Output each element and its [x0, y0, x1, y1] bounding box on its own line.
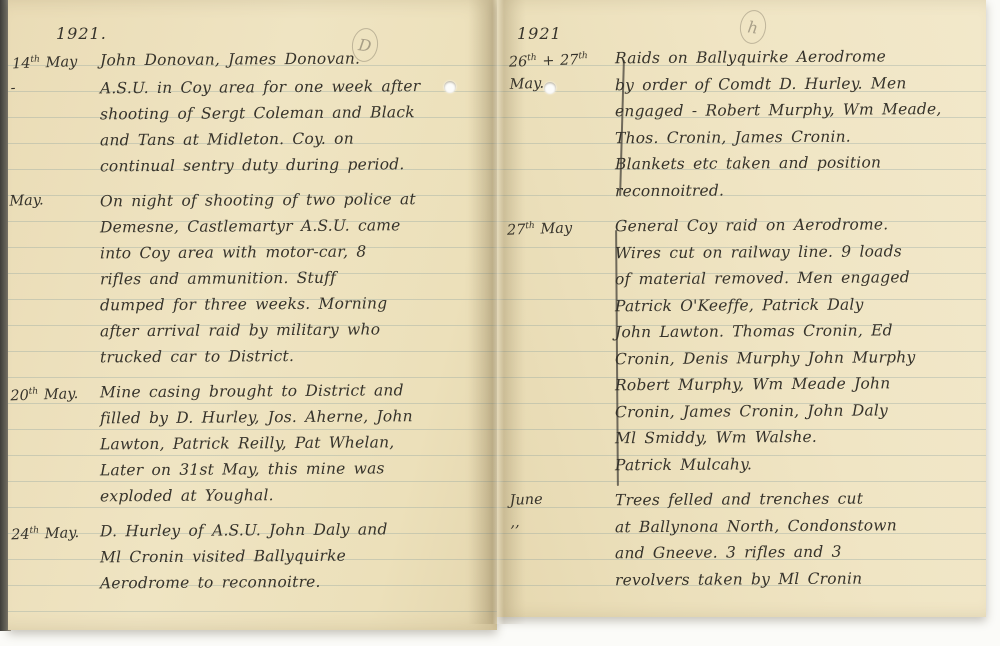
manuscript-line: Ml Smiddy, Wm Walshe. — [615, 423, 982, 452]
diary-entry: 20th May.Mine casing brought to District… — [12, 378, 491, 508]
manuscript-line: Mine casing brought to District and — [100, 376, 491, 405]
manuscript-line: and Gneeve. 3 rifles and 3 — [615, 538, 982, 567]
entry-date: June,, — [509, 484, 617, 594]
entry-lines: Raids on Ballyquirke Aerodromeby order o… — [615, 44, 982, 203]
entry-lines: On night of shooting of two police atDem… — [100, 187, 491, 369]
entry-lines: D. Hurley of A.S.U. John Daly andMl Cron… — [100, 517, 491, 595]
diary-entry: May.On night of shooting of two police a… — [12, 187, 491, 369]
manuscript-line: Demesne, Castlemartyr A.S.U. came — [100, 211, 491, 240]
manuscript-line: Cronin, Denis Murphy John Murphy — [615, 343, 982, 372]
punch-hole — [444, 81, 456, 93]
entry-date: - — [10, 72, 102, 179]
diary-entry: 27th MayGeneral Coy raid on Aerodrome.Wi… — [511, 212, 982, 477]
page-left: 1921. D 14th MayJohn Donovan, James Dono… — [8, 0, 497, 630]
entry-lines: John Donovan, James Donovan. — [100, 46, 491, 74]
diary-entry: 26th + 27thMay.Raids on Ballyquirke Aero… — [511, 44, 982, 203]
manuscript-line: by order of Comdt D. Hurley. Men — [615, 69, 982, 98]
left-page-entries: 14th MayJohn Donovan, James Donovan.-A.S… — [12, 46, 491, 595]
diary-entry: -A.S.U. in Coy area for one week aftersh… — [12, 74, 491, 178]
entry-date: 14th May — [12, 44, 101, 75]
manuscript-line: A.S.U. in Coy area for one week after — [100, 72, 491, 101]
entry-date: 26th + 27thMay. — [508, 42, 617, 205]
pencil-mark-right-glyph: h — [747, 17, 760, 37]
manuscript-line: into Coy area with motor-car, 8 — [100, 237, 491, 266]
manuscript-line: rifles and ammunition. Stuff — [100, 263, 491, 292]
entry-lines: Mine casing brought to District andfille… — [100, 378, 491, 508]
entry-date: 20th May. — [10, 376, 102, 509]
diary-entry: 14th MayJohn Donovan, James Donovan. — [12, 46, 491, 74]
entry-lines: A.S.U. in Coy area for one week aftersho… — [100, 74, 491, 178]
manuscript-line: Cronin, James Cronin, John Daly — [615, 396, 982, 425]
manuscript-line: On night of shooting of two police at — [100, 185, 491, 214]
manuscript-line: dumped for three weeks. Morning — [100, 289, 491, 318]
manuscript-line: engaged - Robert Murphy, Wm Meade, — [615, 96, 982, 125]
manuscript-line: Patrick Mulcahy. — [615, 449, 982, 478]
manuscript-line: Raids on Ballyquirke Aerodrome — [615, 43, 982, 72]
manuscript-line: Robert Murphy, Wm Meade John — [615, 370, 982, 399]
manuscript-line: Aerodrome to reconnoitre. — [100, 567, 491, 596]
manuscript-line: filled by D. Hurley, Jos. Aherne, John — [100, 402, 491, 431]
manuscript-line: revolvers taken by Ml Cronin — [615, 564, 982, 593]
page-right: 1921 h 26th + 27thMay.Raids on Ballyquir… — [497, 0, 986, 617]
right-page-entries: 26th + 27thMay.Raids on Ballyquirke Aero… — [511, 44, 982, 592]
manuscript-line: reconnoitred. — [615, 175, 982, 204]
entry-lines: Trees felled and trenches cutat Ballynon… — [615, 486, 982, 592]
punch-hole — [544, 82, 556, 94]
entry-date: 24th May. — [11, 515, 102, 596]
manuscript-line: General Coy raid on Aerodrome. — [615, 211, 982, 240]
manuscript-line: exploded at Youghal. — [100, 480, 491, 509]
manuscript-line: after arrival raid by military who — [100, 315, 491, 344]
manuscript-line: at Ballynona North, Condonstown — [615, 511, 982, 540]
manuscript-line: Thos. Cronin, James Cronin. — [615, 122, 982, 151]
manuscript-line: continual sentry duty during period. — [100, 150, 491, 179]
manuscript-line: Patrick O'Keeffe, Patrick Daly — [615, 290, 982, 319]
manuscript-line: Ml Cronin visited Ballyquirke — [100, 541, 491, 570]
manuscript-line: John Donovan, James Donovan. — [100, 45, 491, 74]
diary-entry: 24th May.D. Hurley of A.S.U. John Daly a… — [12, 517, 491, 595]
year-heading-left: 1921. — [56, 24, 107, 43]
manuscript-line: and Tans at Midleton. Coy. on — [100, 124, 491, 153]
manuscript-line: Wires cut on railway line. 9 loads — [615, 237, 982, 266]
entry-date: 27th May — [506, 210, 619, 478]
entry-date: May. — [9, 185, 103, 370]
entry-lines: General Coy raid on Aerodrome.Wires cut … — [615, 212, 982, 477]
manuscript-line: trucked car to District. — [100, 341, 491, 370]
manuscript-line: Lawton, Patrick Reilly, Pat Whelan, — [100, 428, 491, 457]
manuscript-line: John Lawton. Thomas Cronin, Ed — [615, 317, 982, 346]
manuscript-line: Later on 31st May, this mine was — [100, 454, 491, 483]
pencil-mark-right: h — [738, 8, 768, 45]
manuscript-line: Trees felled and trenches cut — [615, 485, 982, 514]
year-heading-right: 1921 — [517, 24, 562, 43]
manuscript-line: Blankets etc taken and position — [615, 149, 982, 178]
manuscript-line: shooting of Sergt Coleman and Black — [100, 98, 491, 127]
manuscript-line: D. Hurley of A.S.U. John Daly and — [100, 515, 491, 544]
diary-entry: June,,Trees felled and trenches cutat Ba… — [511, 486, 982, 592]
manuscript-line: of material removed. Men engaged — [615, 264, 982, 293]
